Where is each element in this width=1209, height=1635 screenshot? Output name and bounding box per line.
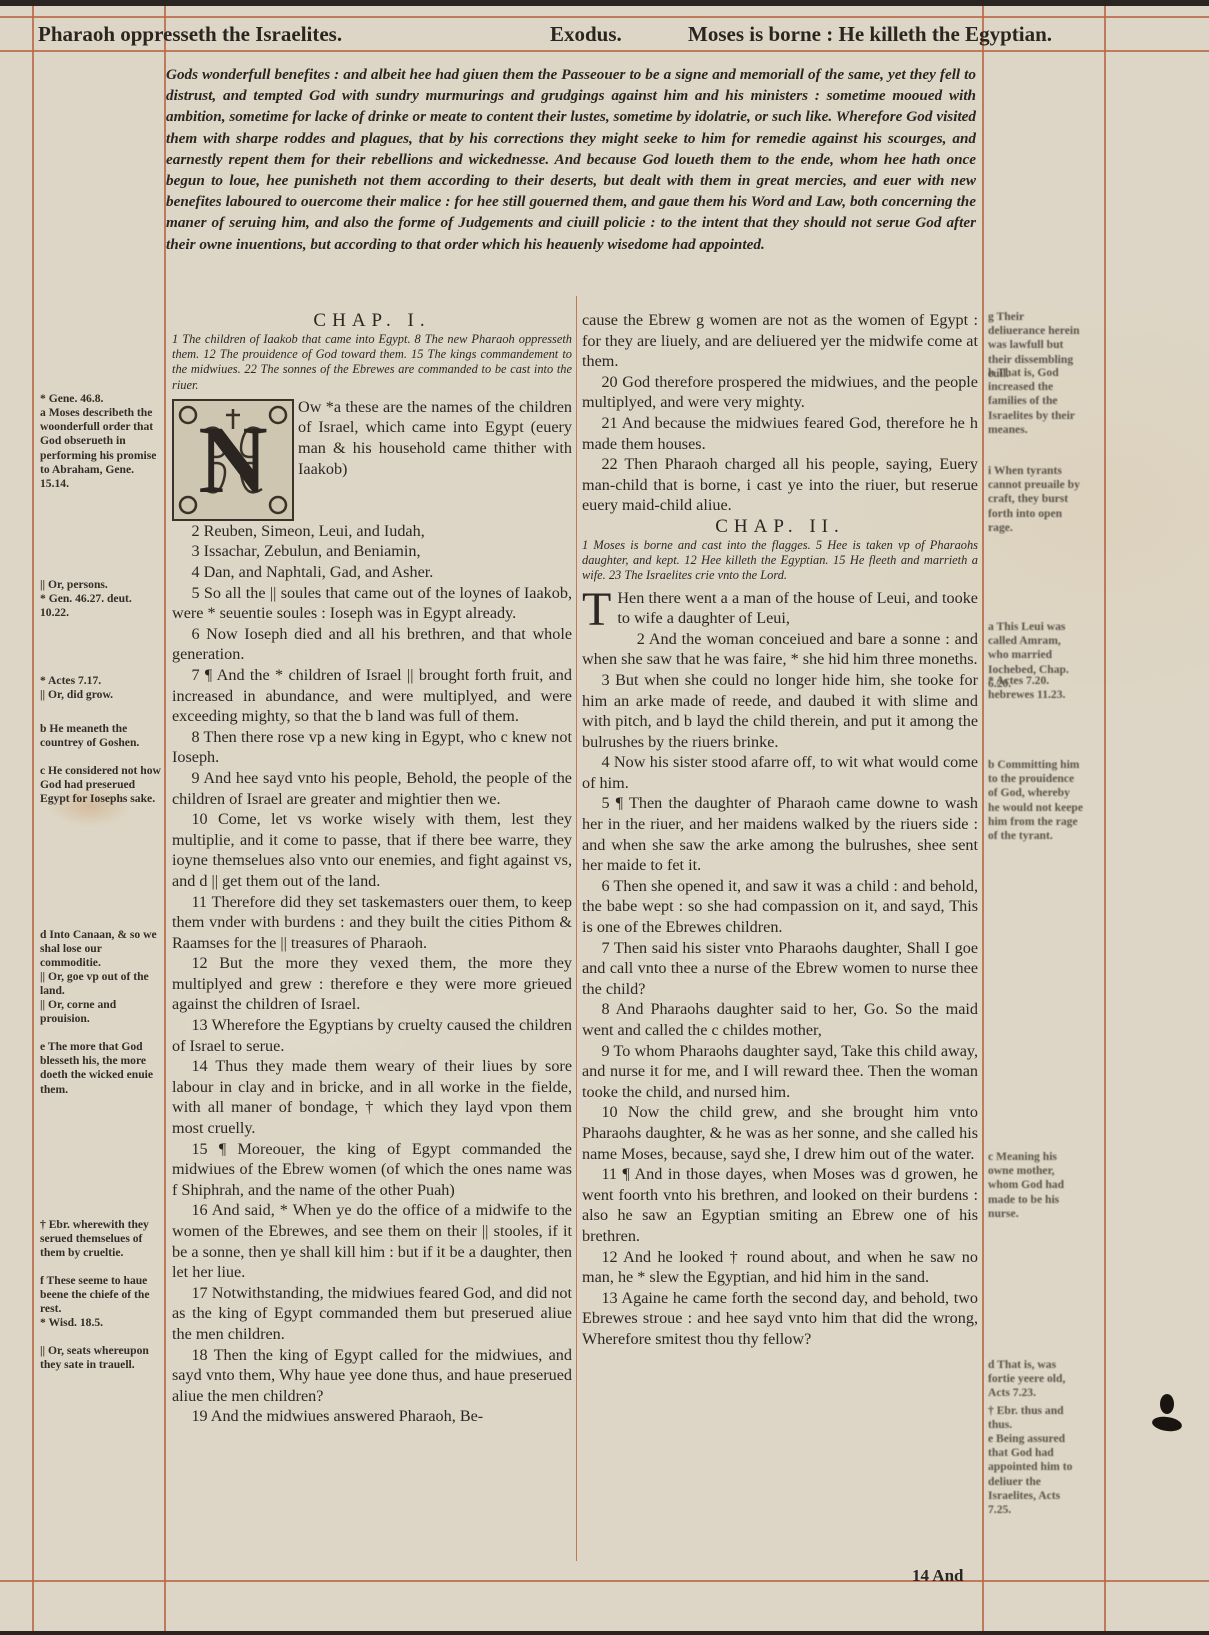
verse: 12 And he looked † round about, and when… (582, 1247, 978, 1288)
dropcap-letter: N (198, 412, 267, 508)
margin-note: † Ebr. wherewith they serued themselues … (40, 1218, 162, 1261)
column-divider (576, 296, 577, 1561)
book-page: Pharaoh oppresseth the Israelites. Exodu… (0, 6, 1209, 1631)
margin-rule-right-outer (1104, 6, 1106, 1631)
initial-letter-t: T (582, 590, 611, 630)
verse: 6 Now Ioseph died and all his brethren, … (172, 624, 572, 665)
verse: 9 To whom Pharaohs daughter sayd, Take t… (582, 1041, 978, 1103)
margin-note: i When tyrants cannot preuaile by craft,… (988, 464, 1084, 535)
ink-blot-icon (1151, 1415, 1183, 1433)
margin-rule-left-outer (32, 6, 34, 1631)
verse: 2 And the woman conceiued and bare a son… (582, 629, 978, 670)
text-column-left: CHAP. I. 1 The children of Iaakob that c… (172, 310, 572, 1427)
verse: 5 So all the || soules that came out of … (172, 583, 572, 624)
head-rule-bottom (0, 50, 1209, 52)
chapter-2-verse-1: THen there went a a man of the house of … (582, 588, 978, 629)
text-column-right: cause the Ebrew g women are not as the w… (582, 310, 978, 1350)
margin-note: d Into Canaan, & so we shal lose our com… (40, 928, 162, 971)
catchword: 14 And (912, 1566, 964, 1586)
margin-note: || Or, goe vp out of the land. (40, 970, 162, 998)
chapter-1-verse-1: Ow *a these are the names of the childre… (298, 397, 572, 521)
verse: 16 And said, * When ye do the office of … (172, 1200, 572, 1282)
verse: 7 Then said his sister vnto Pharaohs dau… (582, 938, 978, 1000)
chapter-2-opening: Hen there went a a man of the house of L… (617, 589, 978, 628)
chapter-1-summary: 1 The children of Iaakob that came into … (172, 332, 572, 393)
verse: 8 Then there rose vp a new king in Egypt… (172, 727, 572, 768)
margin-note: * Actes 7.20. hebrewes 11.23. (988, 674, 1084, 702)
verse-continuation: cause the Ebrew g women are not as the w… (582, 310, 978, 372)
margin-note: b Committing him to the prouidence of Go… (988, 758, 1084, 843)
verse: 6 Then she opened it, and saw it was a c… (582, 876, 978, 938)
verse: 19 And the midwiues answered Pharaoh, Be… (172, 1406, 572, 1427)
running-head-right: Moses is borne : He killeth the Egyptian… (688, 22, 1052, 47)
ink-blot-icon (1160, 1394, 1174, 1414)
margin-note: * Wisd. 18.5. (40, 1316, 162, 1330)
verse: 13 Againe he came forth the second day, … (582, 1288, 978, 1350)
chapter-1-opening: N Ow *a these are the names of the child… (172, 397, 572, 521)
running-head: Pharaoh oppresseth the Israelites. Exodu… (38, 20, 1078, 48)
margin-note: c Meaning his owne mother, whom God had … (988, 1150, 1084, 1221)
margin-rule-right-inner (982, 6, 984, 1631)
margin-note: a Moses describeth the woonderfull order… (40, 406, 162, 491)
verse: 7 ¶ And the * children of Israel || brou… (172, 665, 572, 727)
margin-note: e Being assured that God had appointed h… (988, 1432, 1084, 1517)
verse: 11 ¶ And in those dayes, when Moses was … (582, 1164, 978, 1246)
verse: 15 ¶ Moreouer, the king of Egypt command… (172, 1139, 572, 1201)
verse: 10 Come, let vs worke wisely with them, … (172, 809, 572, 891)
verse: 13 Wherefore the Egyptians by cruelty ca… (172, 1015, 572, 1056)
margin-note: f These seeme to haue beene the chiefe o… (40, 1274, 162, 1317)
chapter-2-title: CHAP. II. (582, 516, 978, 538)
verse: 18 Then the king of Egypt called for the… (172, 1345, 572, 1407)
margin-note: * Actes 7.17. (40, 674, 162, 688)
decorated-initial-icon: N (172, 399, 294, 521)
verse: 12 But the more they vexed them, the mor… (172, 953, 572, 1015)
margin-note: || Or, corne and prouision. (40, 998, 162, 1026)
verse: 4 Now his sister stood afarre off, to wi… (582, 752, 978, 793)
verse: 20 God therefore prospered the midwiues,… (582, 372, 978, 413)
running-head-book: Exodus. (550, 22, 622, 47)
verse: 2 Reuben, Simeon, Leui, and Iudah, (172, 521, 572, 542)
margin-note: d That is, was fortie yeere old, Acts 7.… (988, 1358, 1084, 1401)
running-head-left: Pharaoh oppresseth the Israelites. (38, 22, 342, 47)
margin-note: e The more that God blesseth his, the mo… (40, 1040, 162, 1097)
verse: 9 And hee sayd vnto his people, Behold, … (172, 768, 572, 809)
verse: 8 And Pharaohs daughter said to her, Go.… (582, 999, 978, 1040)
chapter-2-summary: 1 Moses is borne and cast into the flagg… (582, 538, 978, 584)
margin-note: h That is, God increased the families of… (988, 366, 1084, 437)
verse: 21 And because the midwiues feared God, … (582, 413, 978, 454)
margin-note: || Or, did grow. (40, 688, 162, 702)
verse: 5 ¶ Then the daughter of Pharaoh came do… (582, 793, 978, 875)
margin-note: * Gene. 46.8. (40, 392, 162, 406)
verse: 14 Thus they made them weary of their li… (172, 1056, 572, 1138)
verse: 10 Now the child grew, and she brought h… (582, 1102, 978, 1164)
margin-note: * Gen. 46.27. deut. 10.22. (40, 592, 162, 620)
verse: 3 Issachar, Zebulun, and Beniamin, (172, 541, 572, 562)
argument-paragraph: Gods wonderfull benefites : and albeit h… (166, 64, 976, 255)
verse: 17 Notwithstanding, the midwiues feared … (172, 1283, 572, 1345)
margin-note: || Or, persons. (40, 578, 162, 592)
margin-note: † Ebr. thus and thus. (988, 1404, 1084, 1432)
margin-note: b He meaneth the countrey of Goshen. (40, 722, 162, 750)
verse: 22 Then Pharaoh charged all his people, … (582, 454, 978, 516)
verse: 11 Therefore did they set taskemasters o… (172, 892, 572, 954)
foot-rule (0, 1580, 1209, 1582)
verse: 3 But when she could no longer hide him,… (582, 670, 978, 752)
chapter-1-title: CHAP. I. (172, 310, 572, 332)
head-rule-top (0, 16, 1209, 18)
verse: 4 Dan, and Naphtali, Gad, and Asher. (172, 562, 572, 583)
margin-note: || Or, seats whereupon they sate in trau… (40, 1344, 162, 1372)
margin-note: c He considered not how God had preserue… (40, 764, 162, 807)
